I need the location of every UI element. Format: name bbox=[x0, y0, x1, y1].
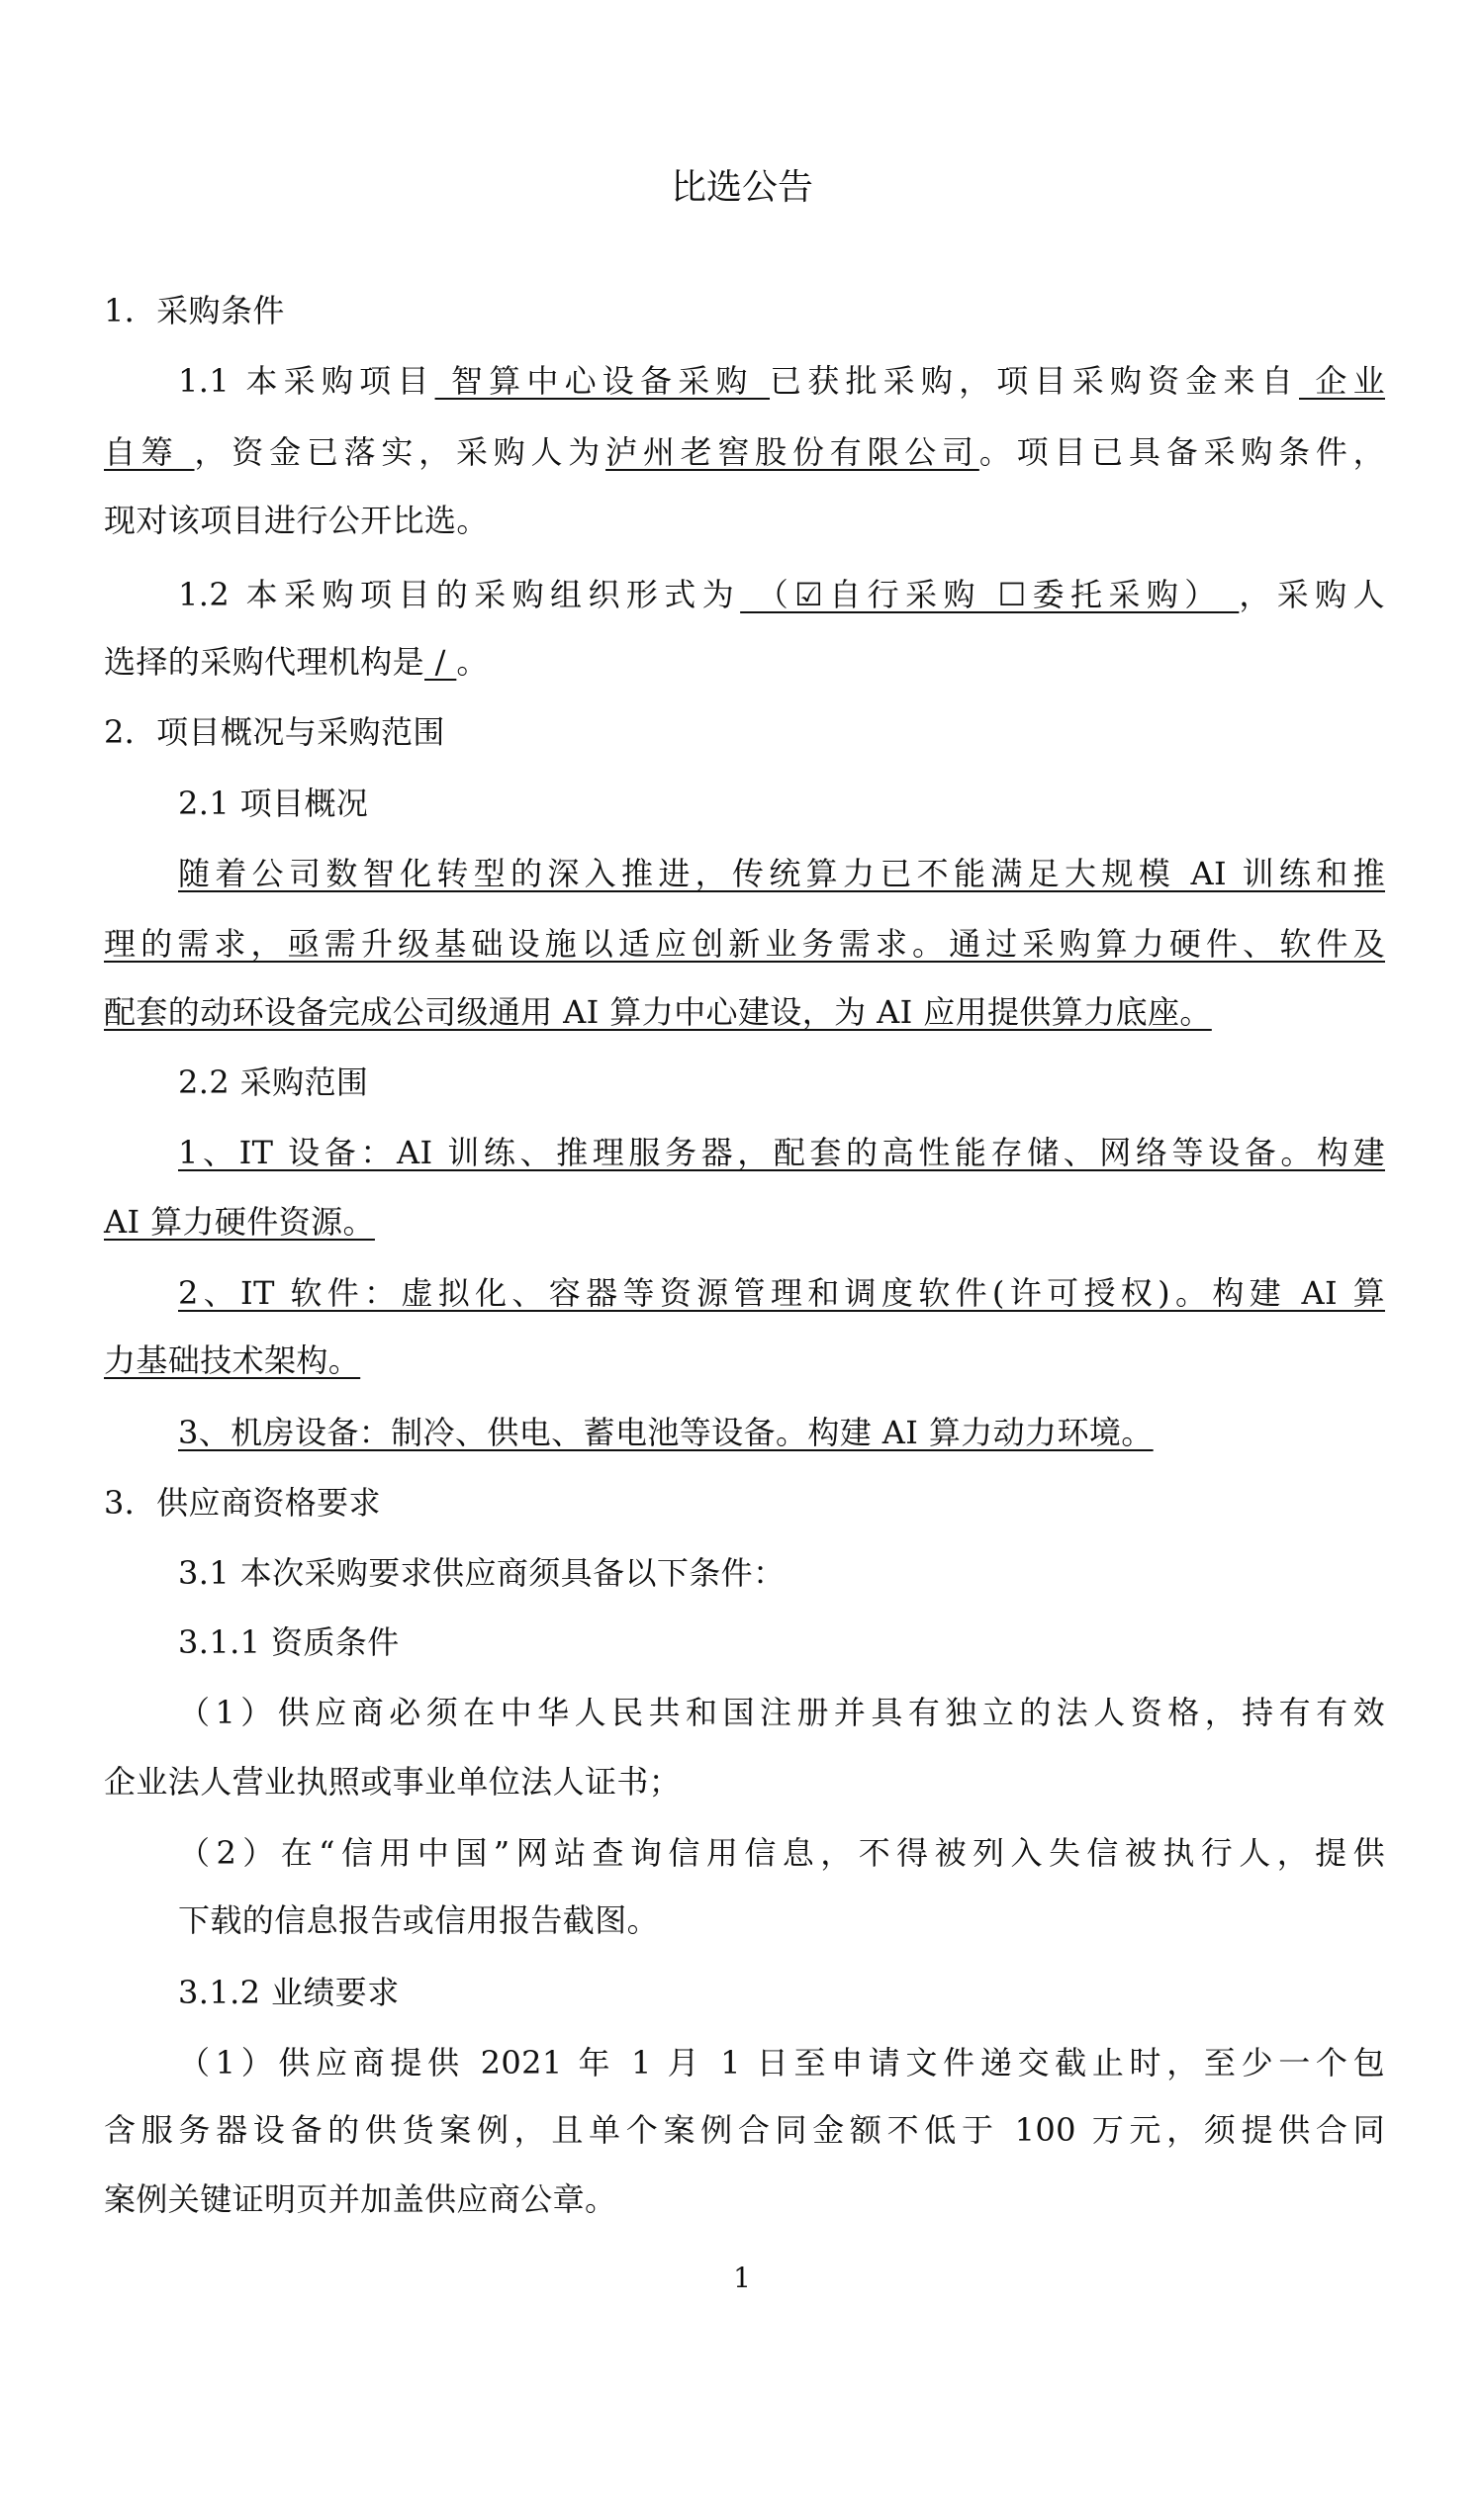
procurement-form-options: （☑自行采购 ☐委托采购） bbox=[740, 576, 1239, 613]
paragraph-1-1-line-3: 现对该项目进行公开比选。 bbox=[104, 499, 1385, 542]
paragraph-1-2-line-2: 选择的采购代理机构是 / 。 bbox=[104, 640, 1385, 684]
subsection-2-2-heading: 2.2 采购范围 bbox=[178, 1061, 1385, 1104]
text: 配套的动环设备完成公司级通用 AI 算力中心建设，为 AI 应用提供算力底座。 bbox=[104, 993, 1212, 1031]
subsection-3-1-2: 3.1.2 业绩要求 bbox=[178, 1971, 1385, 2014]
scope-item-2-line-1: 2、IT 软件：虚拟化、容器等资源管理和调度软件(许可授权)。构建 AI 算 bbox=[178, 1271, 1385, 1315]
text: 3、机房设备：制冷、供电、蓄电池等设备。构建 AI 算力动力环境。 bbox=[178, 1414, 1154, 1451]
text: AI 算力硬件资源。 bbox=[104, 1203, 375, 1241]
text: 。项目已具备采购条件， bbox=[979, 433, 1385, 471]
text: 力基础技术架构。 bbox=[104, 1341, 360, 1379]
qualification-2-line-1: （2）在“信用中国”网站查询信用信息，不得被列入失信被执行人，提供 bbox=[178, 1831, 1385, 1875]
overview-line-3: 配套的动环设备完成公司级通用 AI 算力中心建设，为 AI 应用提供算力底座。 bbox=[104, 990, 1385, 1034]
project-name: 智算中心设备采购 bbox=[435, 362, 770, 400]
qualification-2-line-2: 下载的信息报告或信用报告截图。 bbox=[178, 1898, 1385, 1942]
paragraph-1-1-line-2: 自筹 ，资金已落实，采购人为泸州老窖股份有限公司。项目已具备采购条件， bbox=[104, 430, 1385, 474]
text: 。 bbox=[456, 643, 488, 681]
qualification-1-line-2: 企业法人营业执照或事业单位法人证书； bbox=[104, 1760, 1385, 1803]
qualification-1-line-1: （1）供应商必须在中华人民共和国注册并具有独立的法人资格，持有有效 bbox=[178, 1691, 1385, 1734]
subsection-3-1-1: 3.1.1 资质条件 bbox=[178, 1620, 1385, 1664]
purchaser-name: 泸州老窖股份有限公司 bbox=[605, 433, 979, 471]
section-1-heading: 1．采购条件 bbox=[104, 289, 1385, 332]
performance-1-line-1: （1）供应商提供 2021 年 1 月 1 日至申请文件递交截止时，至少一个包 bbox=[178, 2041, 1385, 2084]
page-number: 1 bbox=[0, 2262, 1484, 2294]
fund-source-cont: 自筹 bbox=[104, 433, 195, 471]
subsection-2-1-heading: 2.1 项目概况 bbox=[178, 782, 1385, 825]
scope-item-1-line-1: 1、IT 设备：AI 训练、推理服务器，配套的高性能存储、网络等设备。构建 bbox=[178, 1131, 1385, 1174]
text: 选择的采购代理机构是 bbox=[104, 643, 424, 681]
section-3-heading: 3．供应商资格要求 bbox=[104, 1481, 1385, 1525]
text: 1.1 本采购项目 bbox=[178, 362, 435, 400]
scope-item-2-line-2: 力基础技术架构。 bbox=[104, 1339, 1385, 1382]
scope-item-1-line-2: AI 算力硬件资源。 bbox=[104, 1200, 1385, 1244]
section-2-heading: 2．项目概况与采购范围 bbox=[104, 710, 1385, 754]
paragraph-1-2-line-1: 1.2 本采购项目的采购组织形式为 （☑自行采购 ☐委托采购） ，采购人 bbox=[178, 573, 1385, 616]
agency-name: / bbox=[424, 643, 456, 681]
text: 已获批采购，项目采购资金来自 bbox=[770, 362, 1299, 400]
performance-1-line-3: 案例关键证明页并加盖供应商公章。 bbox=[104, 2177, 1385, 2221]
scope-item-3-line-1: 3、机房设备：制冷、供电、蓄电池等设备。构建 AI 算力动力环境。 bbox=[178, 1411, 1385, 1454]
subsection-3-1: 3.1 本次采购要求供应商须具备以下条件： bbox=[178, 1551, 1385, 1595]
text: ，采购人 bbox=[1239, 576, 1385, 613]
text: ，资金已落实，采购人为 bbox=[195, 433, 606, 471]
paragraph-1-1-line-1: 1.1 本采购项目 智算中心设备采购 已获批采购，项目采购资金来自 企业 bbox=[178, 359, 1385, 403]
performance-1-line-2: 含服务器设备的供货案例，且单个案例合同金额不低于 100 万元，须提供合同 bbox=[104, 2108, 1385, 2152]
document-title: 比选公告 bbox=[0, 164, 1484, 212]
text: 1.2 本采购项目的采购组织形式为 bbox=[178, 576, 740, 613]
overview-line-2: 理的需求，亟需升级基础设施以适应创新业务需求。通过采购算力硬件、软件及 bbox=[104, 922, 1385, 966]
overview-line-1: 随着公司数智化转型的深入推进，传统算力已不能满足大规模 AI 训练和推 bbox=[178, 852, 1385, 895]
fund-source: 企业 bbox=[1299, 362, 1385, 400]
